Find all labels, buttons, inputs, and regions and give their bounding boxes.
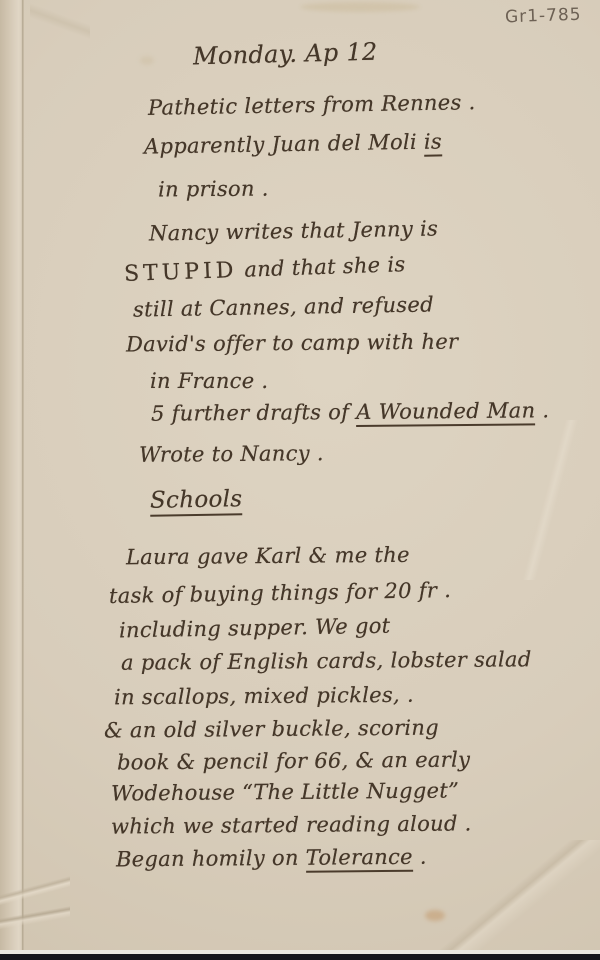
handwritten-text: STUPID bbox=[124, 258, 238, 287]
paper-sheet: Gr1-785 Monday. Ap 12Pathetic letters fr… bbox=[0, 0, 600, 952]
manuscript-line: Schools bbox=[150, 486, 243, 514]
handwritten-text: Monday. Ap 12 bbox=[193, 38, 378, 71]
manuscript-line: in prison . bbox=[158, 177, 269, 202]
handwritten-text: Wrote to Nancy . bbox=[139, 441, 324, 467]
manuscript-line: Nancy writes that Jenny is bbox=[149, 216, 438, 245]
manuscript-line: Wodehouse “The Little Nugget” bbox=[111, 778, 459, 805]
scanned-diary-page: Gr1-785 Monday. Ap 12Pathetic letters fr… bbox=[0, 0, 600, 960]
manuscript-line: Pathetic letters from Rennes . bbox=[148, 90, 476, 120]
handwritten-text: task of buying things for 20 fr . bbox=[109, 578, 451, 608]
manuscript-line: 5 further drafts of A Wounded Man . bbox=[151, 398, 550, 425]
manuscript-line: in France . bbox=[150, 369, 268, 393]
handwritten-text: 5 further drafts of bbox=[151, 400, 356, 426]
handwritten-text: Laura gave Karl & me the bbox=[126, 543, 410, 569]
handwritten-text: Wodehouse “The Little Nugget” bbox=[111, 778, 459, 805]
handwritten-text: book & pencil for 66, & an early bbox=[117, 747, 470, 774]
underlined-text: A Wounded Man bbox=[356, 398, 535, 427]
manuscript-line: STUPID and that she is bbox=[124, 252, 406, 287]
manuscript-line: book & pencil for 66, & an early bbox=[117, 747, 470, 774]
manuscript-line: still at Cannes, and refused bbox=[133, 292, 434, 321]
handwritten-text: Apparently Juan del Moli bbox=[144, 130, 424, 159]
manuscript: Monday. Ap 12Pathetic letters from Renne… bbox=[0, 0, 600, 952]
manuscript-line: including supper. We got bbox=[119, 614, 391, 643]
handwritten-text: in France . bbox=[150, 369, 268, 393]
handwritten-text: David's offer to camp with her bbox=[126, 330, 459, 357]
manuscript-line: in scallops, mixed pickles, . bbox=[114, 683, 414, 710]
scan-bed-edge bbox=[0, 954, 600, 960]
manuscript-line: Began homily on Tolerance . bbox=[116, 845, 427, 872]
handwritten-text: a pack of English cards, lobster salad bbox=[121, 647, 532, 675]
handwritten-text: including supper. We got bbox=[119, 614, 391, 643]
manuscript-line: David's offer to camp with her bbox=[126, 330, 459, 357]
handwritten-text: which we started reading aloud . bbox=[111, 811, 472, 838]
manuscript-line: Laura gave Karl & me the bbox=[126, 543, 410, 569]
manuscript-line: task of buying things for 20 fr . bbox=[109, 578, 451, 608]
manuscript-line: & an old silver buckle, scoring bbox=[104, 716, 439, 743]
handwritten-text: and that she is bbox=[237, 252, 406, 282]
manuscript-line: Apparently Juan del Moli is bbox=[144, 129, 442, 158]
underlined-text: Tolerance bbox=[306, 845, 413, 873]
handwritten-text: . bbox=[535, 398, 549, 422]
handwritten-text: still at Cannes, and refused bbox=[133, 292, 434, 321]
handwritten-text: & an old silver buckle, scoring bbox=[104, 716, 439, 743]
underlined-text: is bbox=[424, 129, 443, 156]
handwritten-text: Pathetic letters from Rennes . bbox=[148, 90, 476, 120]
manuscript-line: Wrote to Nancy . bbox=[139, 441, 324, 467]
handwritten-text: in scallops, mixed pickles, . bbox=[114, 683, 414, 710]
manuscript-line: a pack of English cards, lobster salad bbox=[121, 647, 532, 675]
handwritten-text: in prison . bbox=[158, 177, 269, 202]
handwritten-text: . bbox=[413, 845, 427, 869]
manuscript-line: which we started reading aloud . bbox=[111, 811, 472, 838]
handwritten-text: Began homily on bbox=[116, 846, 306, 872]
manuscript-line: Monday. Ap 12 bbox=[193, 38, 378, 71]
underlined-text: Schools bbox=[150, 486, 243, 517]
handwritten-text: Nancy writes that Jenny is bbox=[149, 216, 438, 245]
